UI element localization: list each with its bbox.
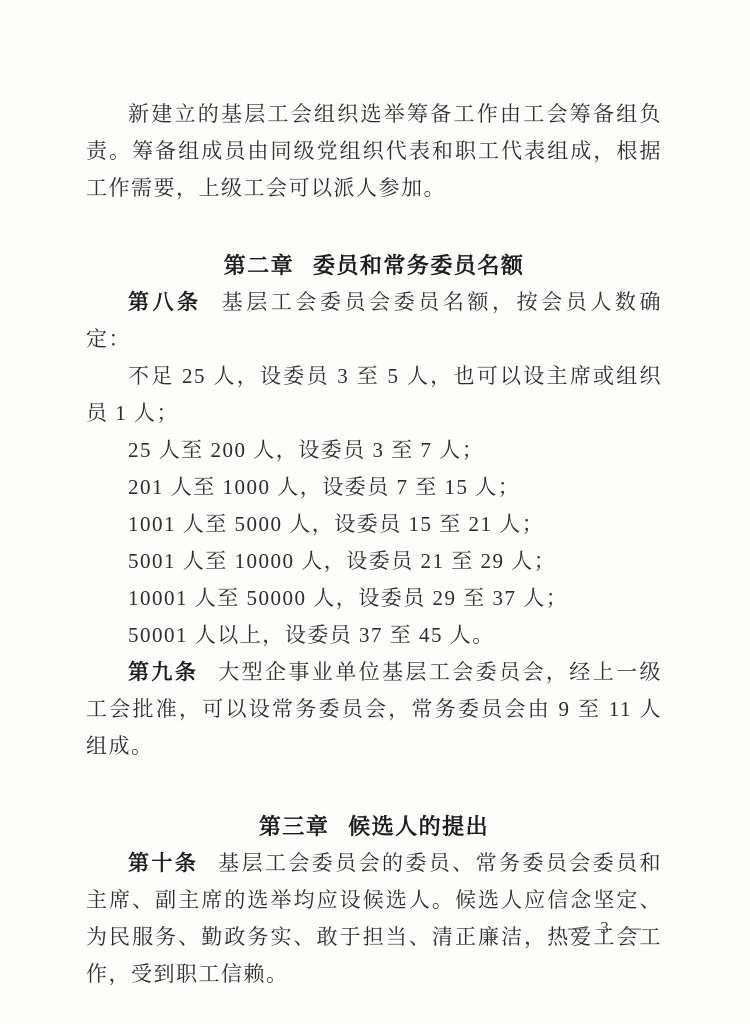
- scanned-document-page: 新建立的基层工会组织选举筹备工作由工会筹备组负责。筹备组成员由同级党组织代表和职…: [0, 0, 750, 1024]
- quota-rule-5: 5001 人至 10000 人，设委员 21 至 29 人；: [86, 543, 662, 580]
- intro-paragraph: 新建立的基层工会组织选举筹备工作由工会筹备组负责。筹备组成员由同级党组织代表和职…: [86, 96, 662, 207]
- article-9-paragraph: 第九条大型企事业单位基层工会委员会，经上一级工会批准，可以设常务委员会，常务委员…: [86, 654, 662, 765]
- chapter-2-heading: 第二章委员和常务委员名额: [86, 247, 662, 284]
- chapter-3-title: 候选人的提出: [348, 814, 489, 839]
- chapter-3-heading: 第三章候选人的提出: [86, 808, 662, 845]
- chapter-3-number: 第三章: [259, 814, 330, 839]
- quota-rule-2: 25 人至 200 人，设委员 3 至 7 人；: [86, 432, 662, 469]
- quota-rule-7: 50001 人以上，设委员 37 至 45 人。: [86, 617, 662, 654]
- chapter-2-title: 委员和常务委员名额: [313, 253, 525, 278]
- chapter-2-number: 第二章: [224, 253, 295, 278]
- quota-rule-4: 1001 人至 5000 人，设委员 15 至 21 人；: [86, 506, 662, 543]
- article-8-label: 第八条: [128, 291, 202, 314]
- article-9-label: 第九条: [128, 661, 198, 684]
- page-number: — 3 —: [568, 918, 642, 938]
- article-10-label: 第十条: [128, 852, 198, 875]
- article-8-paragraph: 第八条基层工会委员会委员名额，按会员人数确定：: [86, 284, 662, 358]
- quota-rule-6: 10001 人至 50000 人，设委员 29 至 37 人；: [86, 580, 662, 617]
- quota-rule-3: 201 人至 1000 人，设委员 7 至 15 人；: [86, 469, 662, 506]
- quota-rule-1: 不足 25 人，设委员 3 至 5 人，也可以设主席或组织员 1 人；: [86, 358, 662, 432]
